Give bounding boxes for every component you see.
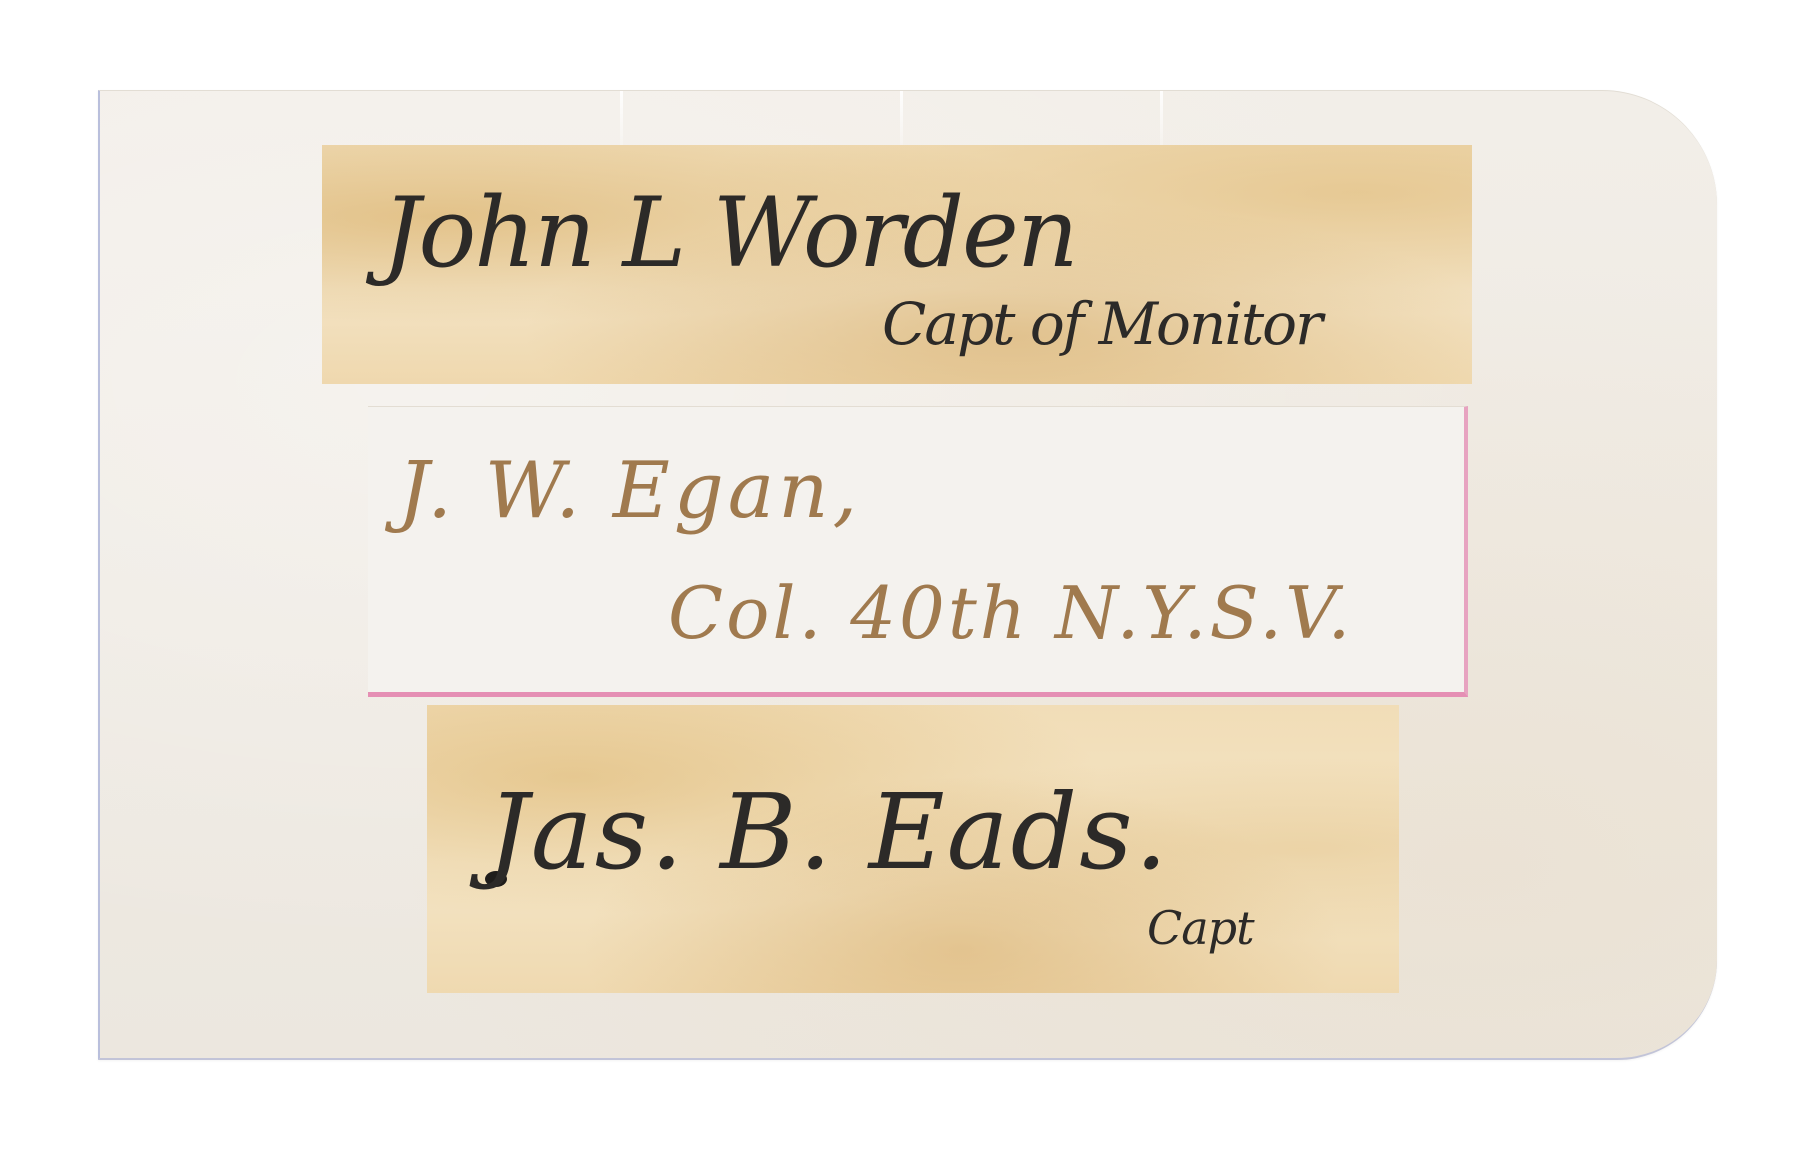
worden-signature: John L Worden — [382, 185, 1077, 281]
egan-title: Col. 40th N.Y.S.V. — [668, 577, 1353, 649]
eads-signature-slip: Jas. B. Eads. Capt — [427, 705, 1399, 993]
egan-signature: J. W. Egan, — [398, 452, 861, 530]
worden-signature-slip: John L Worden Capt of Monitor — [322, 145, 1472, 384]
worden-title: Capt of Monitor — [882, 295, 1321, 353]
eads-signature: Jas. B. Eads. — [487, 780, 1170, 884]
autograph-card: John L Worden Capt of Monitor J. W. Egan… — [98, 90, 1717, 1060]
photo-stage: John L Worden Capt of Monitor J. W. Egan… — [0, 0, 1800, 1171]
eads-title: Capt — [1147, 905, 1254, 951]
egan-signature-slip: J. W. Egan, Col. 40th N.Y.S.V. — [368, 406, 1468, 697]
